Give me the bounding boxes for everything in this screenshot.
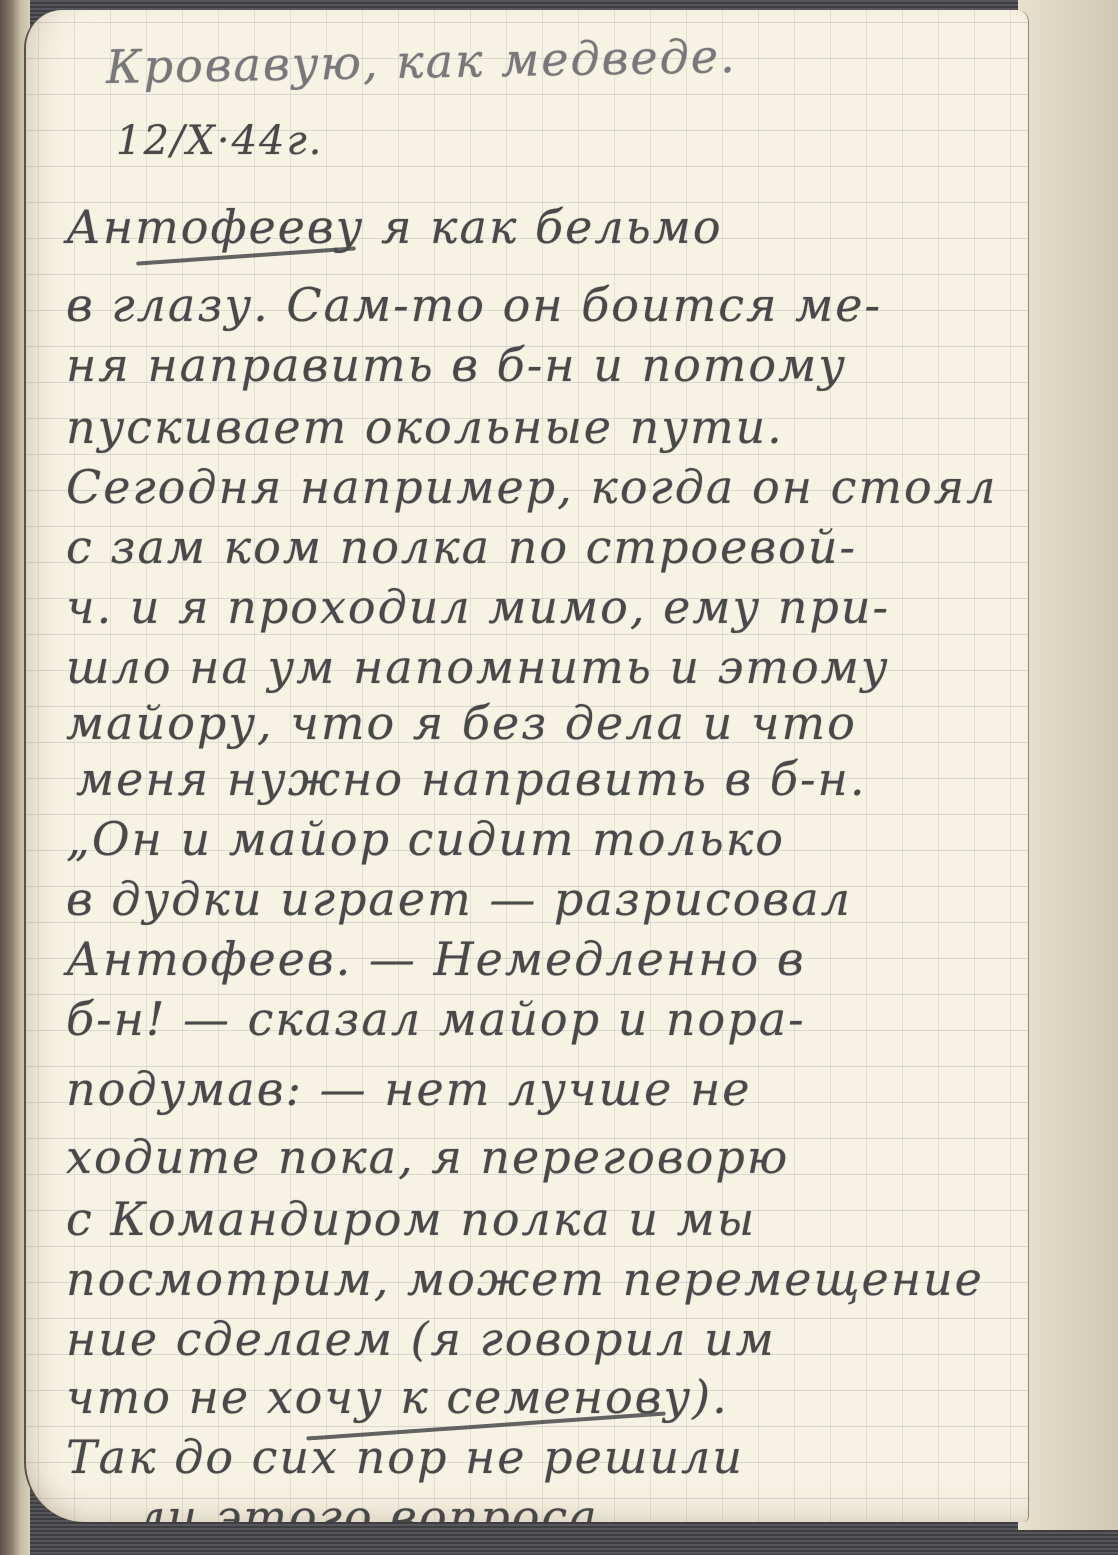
text-line: шло на ум напомнить и этому <box>66 640 890 694</box>
text-line: Антофеев. — Немедленно в <box>66 932 806 986</box>
text-line: „Он и майор сидит только <box>66 812 785 866</box>
text-line: Антофееву я как бельмо <box>66 200 723 254</box>
scanned-notebook-page: Кровавую, как медведе. 12/X·44г. Антофее… <box>0 0 1118 1555</box>
notebook-page-stack-edge <box>1018 0 1118 1530</box>
header-line: Кровавую, как медведе. <box>106 29 737 94</box>
text-line: меня нужно направить в б-н. <box>76 752 866 806</box>
text-line: ние сделаем (я говорил им <box>66 1312 776 1366</box>
text-line: подумав: — нет лучше не <box>66 1062 752 1116</box>
text-line: ня направить в б-н и потому <box>66 338 847 392</box>
text-line: ч. и я проходил мимо, ему при- <box>66 580 890 634</box>
text-line: Сегодня например, когда он стоял <box>66 460 997 514</box>
text-line: в глазу. Сам-то он боится ме- <box>66 278 882 332</box>
text-line: с Командиром полка и мы <box>66 1192 756 1246</box>
text-line: с зам ком полка по строевой- <box>66 520 857 574</box>
text-line: в дудки играет — разрисовал <box>66 872 852 926</box>
diary-page: Кровавую, как медведе. 12/X·44г. Антофее… <box>24 10 1029 1522</box>
text-line: ходите пока, я переговорю <box>66 1130 789 1184</box>
text-line: майору, что я без дела и что <box>66 696 857 750</box>
date-line: 12/X·44г. <box>116 118 323 164</box>
text-line: посмотрим, может перемещение <box>66 1252 984 1306</box>
text-line: Так до сих пор не решили <box>66 1430 744 1484</box>
text-line: ли этого вопроса. <box>136 1490 615 1522</box>
text-line: пускивает окольные пути. <box>66 400 784 454</box>
text-line: б-н! — сказал майор и пора- <box>66 992 806 1046</box>
